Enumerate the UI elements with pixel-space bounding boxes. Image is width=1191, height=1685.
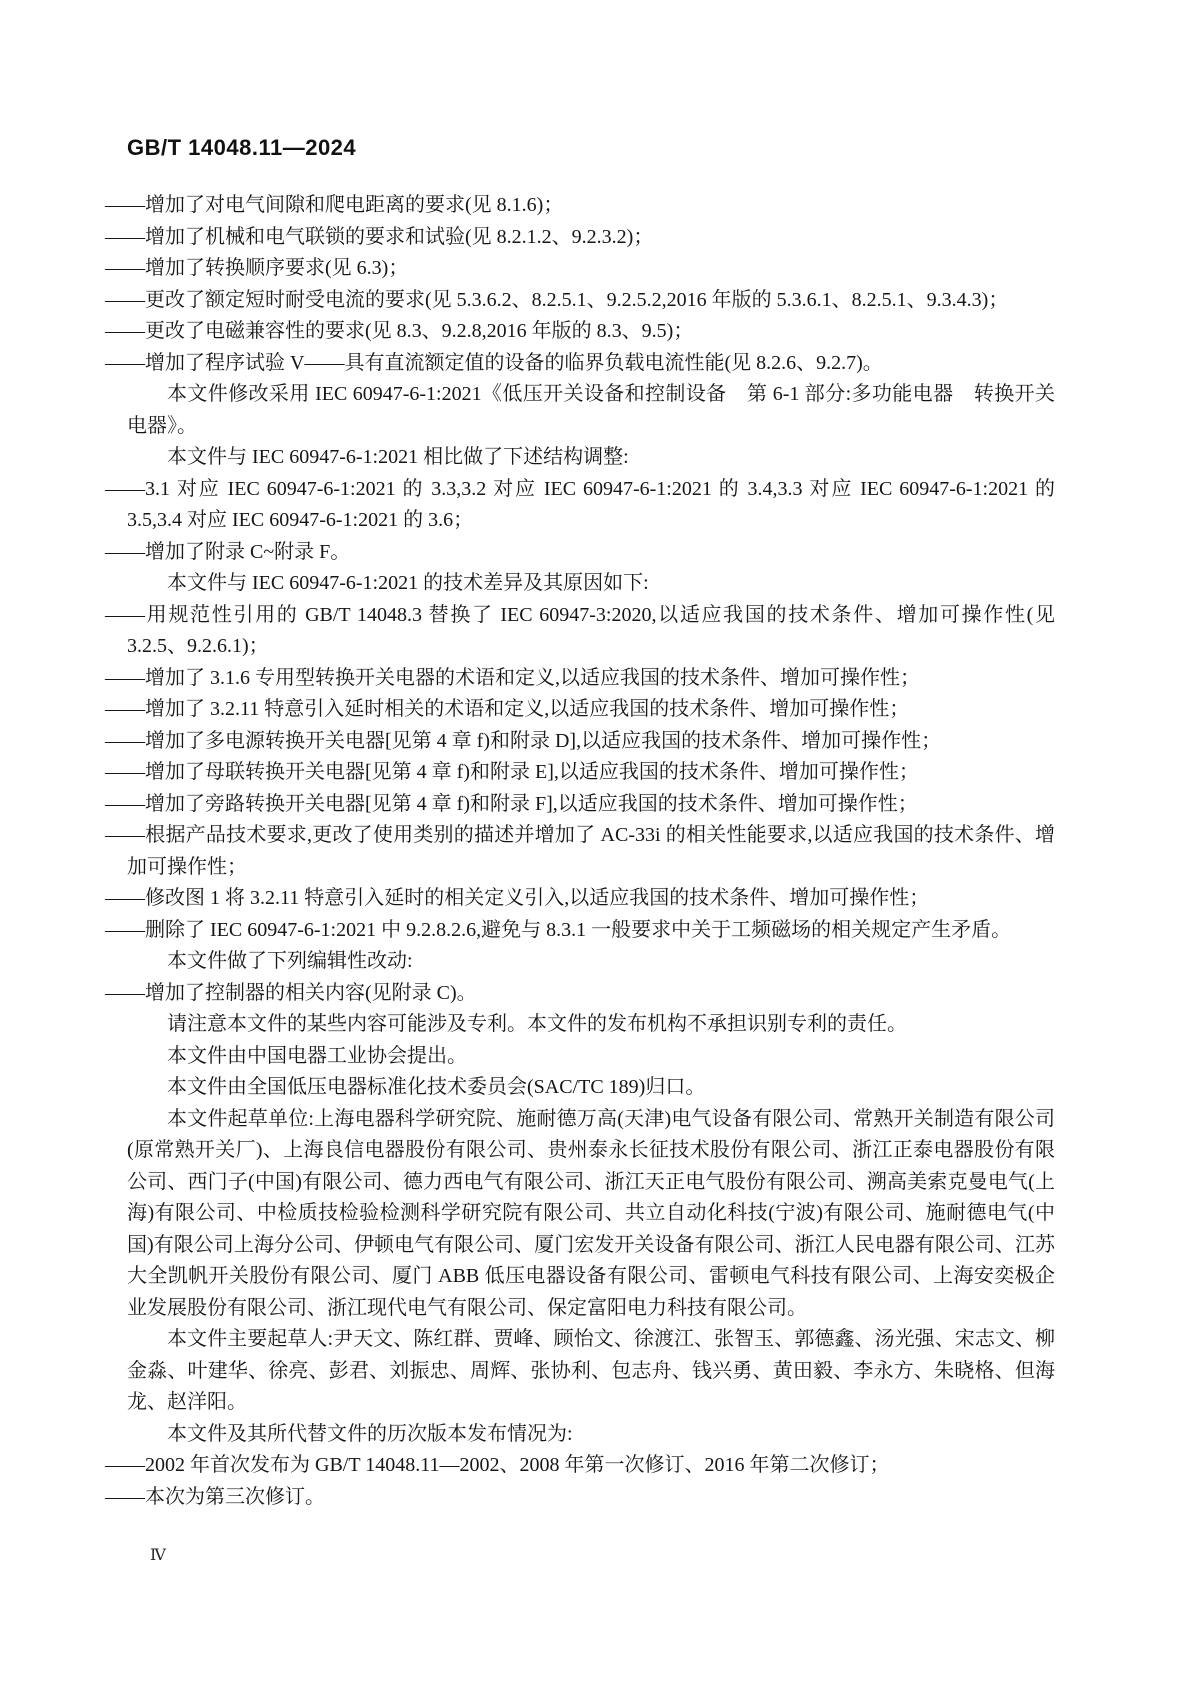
dash-list-item: ——增加了机械和电气联锁的要求和试验(见 8.2.1.2、9.2.3.2)；	[127, 222, 1055, 254]
dash-list-item: ——2002 年首次发布为 GB/T 14048.11—2002、2008 年第…	[127, 1450, 1055, 1482]
paragraph: 本文件及其所代替文件的历次版本发布情况为:	[127, 1419, 1055, 1451]
dash-list-item: ——删除了 IEC 60947-6-1:2021 中 9.2.8.2.6,避免与…	[127, 915, 1055, 947]
dash-list-item: ——增加了控制器的相关内容(见附录 C)。	[127, 978, 1055, 1010]
paragraph: 本文件由中国电器工业协会提出。	[127, 1041, 1055, 1073]
dash-list-item: ——增加了旁路转换开关电器[见第 4 章 f)和附录 F],以适应我国的技术条件…	[127, 789, 1055, 821]
dash-list-item: ——增加了对电气间隙和爬电距离的要求(见 8.1.6)；	[127, 190, 1055, 222]
dash-list-item: ——根据产品技术要求,更改了使用类别的描述并增加了 AC-33i 的相关性能要求…	[127, 820, 1055, 883]
paragraph: 本文件由全国低压电器标准化技术委员会(SAC/TC 189)归口。	[127, 1072, 1055, 1104]
dash-list-item: ——增加了母联转换开关电器[见第 4 章 f)和附录 E],以适应我国的技术条件…	[127, 757, 1055, 789]
paragraph: 本文件起草单位:上海电器科学研究院、施耐德万高(天津)电气设备有限公司、常熟开关…	[127, 1104, 1055, 1325]
dash-list-item: ——增加了附录 C~附录 F。	[127, 537, 1055, 569]
dash-list-item: ——本次为第三次修订。	[127, 1482, 1055, 1514]
dash-list-item: ——修改图 1 将 3.2.11 特意引入延时的相关定义引入,以适应我国的技术条…	[127, 883, 1055, 915]
paragraph: 请注意本文件的某些内容可能涉及专利。本文件的发布机构不承担识别专利的责任。	[127, 1009, 1055, 1041]
paragraph: 本文件修改采用 IEC 60947-6-1:2021《低压开关设备和控制设备 第…	[127, 379, 1055, 442]
dash-list-item: ——3.1 对应 IEC 60947-6-1:2021 的 3.3,3.2 对应…	[127, 474, 1055, 537]
dash-list-item: ——增加了转换顺序要求(见 6.3)；	[127, 253, 1055, 285]
dash-list-item: ——更改了额定短时耐受电流的要求(见 5.3.6.2、8.2.5.1、9.2.5…	[127, 285, 1055, 317]
foreword-body: ——增加了对电气间隙和爬电距离的要求(见 8.1.6)；——增加了机械和电气联锁…	[127, 190, 1055, 1513]
dash-list-item: ——增加了 3.2.11 特意引入延时相关的术语和定义,以适应我国的技术条件、增…	[127, 694, 1055, 726]
dash-list-item: ——增加了 3.1.6 专用型转换开关电器的术语和定义,以适应我国的技术条件、增…	[127, 663, 1055, 695]
paragraph: 本文件与 IEC 60947-6-1:2021 相比做了下述结构调整:	[127, 442, 1055, 474]
dash-list-item: ——用规范性引用的 GB/T 14048.3 替换了 IEC 60947-3:2…	[127, 600, 1055, 663]
paragraph: 本文件做了下列编辑性改动:	[127, 946, 1055, 978]
dash-list-item: ——更改了电磁兼容性的要求(见 8.3、9.2.8,2016 年版的 8.3、9…	[127, 316, 1055, 348]
paragraph: 本文件主要起草人:尹天文、陈红群、贾峰、顾怡文、徐渡江、张智玉、郭德鑫、汤光强、…	[127, 1324, 1055, 1419]
page-number: Ⅳ	[150, 1545, 166, 1565]
standard-number-header: GB/T 14048.11—2024	[127, 135, 356, 161]
dash-list-item: ——增加了多电源转换开关电器[见第 4 章 f)和附录 D],以适应我国的技术条…	[127, 726, 1055, 758]
document-page: GB/T 14048.11—2024 ——增加了对电气间隙和爬电距离的要求(见 …	[0, 0, 1191, 1685]
dash-list-item: ——增加了程序试验 V——具有直流额定值的设备的临界负载电流性能(见 8.2.6…	[127, 348, 1055, 380]
paragraph: 本文件与 IEC 60947-6-1:2021 的技术差异及其原因如下:	[127, 568, 1055, 600]
